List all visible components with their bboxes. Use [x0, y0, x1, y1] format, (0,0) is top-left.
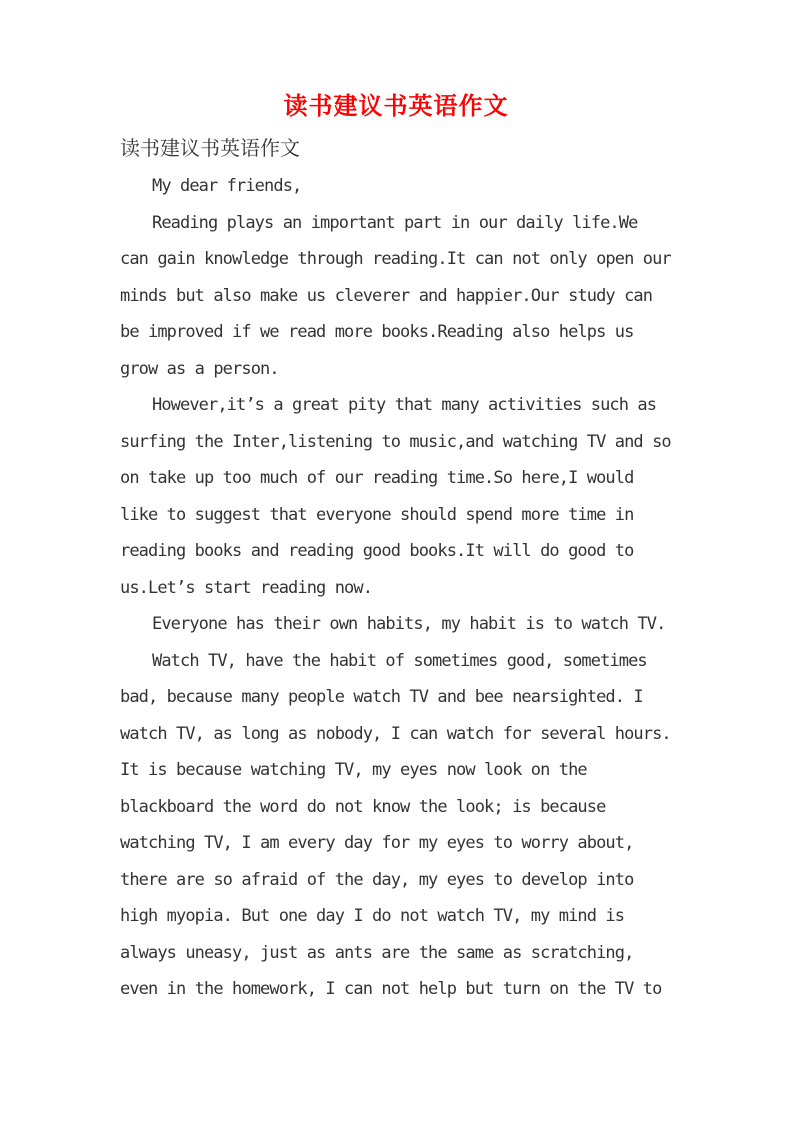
document-body: My dear friends,Reading plays an importa…	[120, 168, 672, 1008]
text-line: there are so afraid of the day, my eyes …	[120, 862, 672, 899]
text-line: watch TV, as long as nobody, I can watch…	[120, 716, 672, 753]
text-line: us.Let’s start reading now.	[120, 570, 672, 607]
text-line: blackboard the word do not know the look…	[120, 789, 672, 826]
text-line: on take up too much of our reading time.…	[120, 460, 672, 497]
document-title: 读书建议书英语作文	[120, 90, 672, 122]
text-line: Everyone has their own habits, my habit …	[120, 606, 672, 643]
text-line: reading books and reading good books.It …	[120, 533, 672, 570]
text-line: However,it’s a great pity that many acti…	[120, 387, 672, 424]
document-page: 读书建议书英语作文 读书建议书英语作文 My dear friends,Read…	[0, 0, 793, 1122]
text-line: It is because watching TV, my eyes now l…	[120, 752, 672, 789]
text-line: always uneasy, just as ants are the same…	[120, 935, 672, 972]
text-line: even in the homework, I can not help but…	[120, 971, 672, 1008]
text-line: bad, because many people watch TV and be…	[120, 679, 672, 716]
text-line: high myopia. But one day I do not watch …	[120, 898, 672, 935]
text-line: Watch TV, have the habit of sometimes go…	[120, 643, 672, 680]
text-line: minds but also make us cleverer and happ…	[120, 278, 672, 315]
text-line: watching TV, I am every day for my eyes …	[120, 825, 672, 862]
text-line: like to suggest that everyone should spe…	[120, 497, 672, 534]
text-line: can gain knowledge through reading.It ca…	[120, 241, 672, 278]
text-line: be improved if we read more books.Readin…	[120, 314, 672, 351]
text-line: My dear friends,	[120, 168, 672, 205]
text-line: grow as a person.	[120, 351, 672, 388]
text-line: surfing the Inter,listening to music,and…	[120, 424, 672, 461]
text-line: Reading plays an important part in our d…	[120, 205, 672, 242]
document-subtitle: 读书建议书英语作文	[120, 136, 672, 160]
